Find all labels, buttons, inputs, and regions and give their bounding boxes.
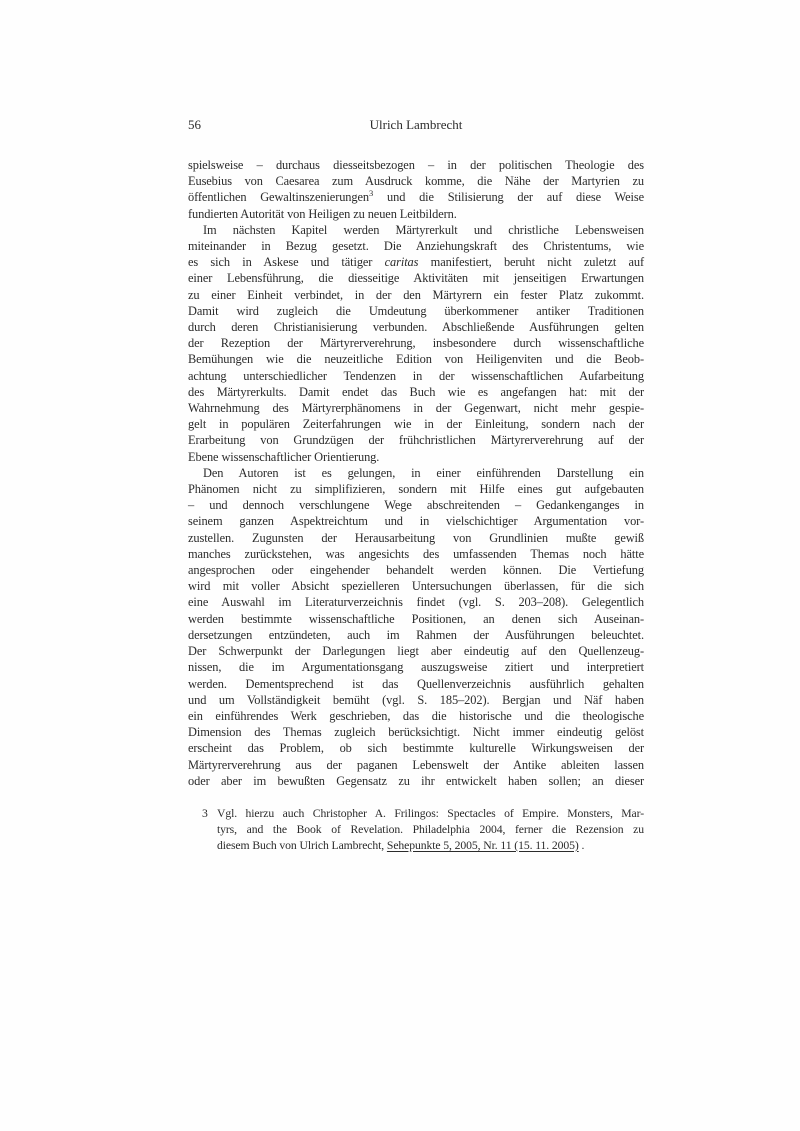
- text-line: tyrs, and the Book of Revelation. Philad…: [217, 822, 644, 838]
- text-segment: manifestiert, beruht nicht zuletzt auf: [418, 255, 644, 269]
- text-line: und um Vollständigkeit bemüht (vgl. S. 1…: [188, 692, 644, 708]
- body-text: spielsweise – durchaus diesseitsbezogen …: [188, 157, 644, 789]
- text-line: seinem ganzen Aspektreichtum und in viel…: [188, 513, 644, 529]
- text-segment: Im nächsten Kapitel werden Märtyrerkult …: [203, 223, 644, 237]
- text-line: Erarbeitung von Grundzügen der frühchris…: [188, 432, 644, 448]
- text-segment: Phänomen nicht zu simplifizieren, sonder…: [188, 482, 644, 496]
- text-segment: seinem ganzen Aspektreichtum und in viel…: [188, 514, 644, 528]
- text-segment: tyrs, and the Book of Revelation. Philad…: [217, 823, 644, 836]
- text-line: erscheint das Problem, ob sich bestimmte…: [188, 740, 644, 756]
- text-segment: wird mit voller Absicht spezielleren Unt…: [188, 579, 644, 593]
- italic-text: caritas: [385, 255, 419, 269]
- text-line: Dimension des Themas zugleich berücksich…: [188, 724, 644, 740]
- text-segment: es sich in Askese und tätiger: [188, 255, 385, 269]
- text-segment: werden. Dementsprechend ist das Quellenv…: [188, 677, 644, 691]
- text-line: Wahrnehmung des Märtyrerphänomens in der…: [188, 400, 644, 416]
- sehepunkte-link[interactable]: Sehepunkte 5, 2005, Nr. 11 (15. 11. 2005…: [387, 839, 579, 852]
- text-line: eine Auswahl im Literaturverzeichnis fin…: [188, 594, 644, 610]
- text-segment: miteinander in Bezug gesetzt. Die Anzieh…: [188, 239, 644, 253]
- text-segment: Märtyrerverehrung aus der paganen Lebens…: [188, 758, 644, 772]
- text-segment: Eusebius von Caesarea zum Ausdruck komme…: [188, 174, 644, 188]
- text-line: einer Lebensführung, die diesseitige Akt…: [188, 270, 644, 286]
- document-page: 56 Ulrich Lambrecht spielsweise – durcha…: [0, 0, 800, 1131]
- text-line: nissen, die im Argumentationsgang auszug…: [188, 659, 644, 675]
- text-line: Vgl. hierzu auch Christopher A. Frilingo…: [217, 806, 644, 822]
- text-line: Ebene wissenschaftlicher Orientierung.: [188, 449, 644, 465]
- text-line: oder aber im bewußten Gegensatz zu ihr e…: [188, 773, 644, 789]
- text-line: Eusebius von Caesarea zum Ausdruck komme…: [188, 173, 644, 189]
- text-line: der Rezeption der Märtyrerverehrung, ins…: [188, 335, 644, 351]
- running-head: Ulrich Lambrecht: [370, 117, 463, 132]
- text-segment: Vgl. hierzu auch Christopher A. Frilingo…: [217, 807, 644, 820]
- footnote: 3 Vgl. hierzu auch Christopher A. Frilin…: [188, 806, 644, 853]
- text-line: ein einführendes Werk geschrieben, das d…: [188, 708, 644, 724]
- text-segment: eine Auswahl im Literaturverzeichnis fin…: [188, 595, 644, 609]
- text-line: es sich in Askese und tätiger caritas ma…: [188, 254, 644, 270]
- text-segment: Dimension des Themas zugleich berücksich…: [188, 725, 644, 739]
- text-line: zustellen. Zugunsten der Herausarbeitung…: [188, 530, 644, 546]
- text-line: diesem Buch von Ulrich Lambrecht, Sehepu…: [217, 838, 644, 854]
- text-segment: nissen, die im Argumentationsgang auszug…: [188, 660, 644, 674]
- text-line: Märtyrerverehrung aus der paganen Lebens…: [188, 757, 644, 773]
- text-segment: achtung unterschiedlicher Tendenzen in d…: [188, 369, 644, 383]
- text-line: werden bestimmte wissenschaftliche Posit…: [188, 611, 644, 627]
- text-line: Bemühungen wie die neuzeitliche Edition …: [188, 351, 644, 367]
- text-segment: .: [579, 839, 585, 852]
- text-segment: Ebene wissenschaftlicher Orientierung.: [188, 450, 379, 464]
- text-segment: werden bestimmte wissenschaftliche Posit…: [188, 612, 644, 626]
- text-line: Im nächsten Kapitel werden Märtyrerkult …: [188, 222, 644, 238]
- text-line: öffentlichen Gewaltinszenierungen3 und d…: [188, 189, 644, 205]
- text-segment: dersetzungen entzündeten, auch im Rahmen…: [188, 628, 644, 642]
- text-segment: Bemühungen wie die neuzeitliche Edition …: [188, 352, 644, 366]
- text-segment: Wahrnehmung des Märtyrerphänomens in der…: [188, 401, 644, 415]
- text-line: spielsweise – durchaus diesseitsbezogen …: [188, 157, 644, 173]
- text-segment: fundierten Autorität von Heiligen zu neu…: [188, 207, 457, 221]
- footnote-number: 3: [202, 806, 217, 822]
- text-line: angesprochen oder eingehender behandelt …: [188, 562, 644, 578]
- text-segment: Erarbeitung von Grundzügen der frühchris…: [188, 433, 644, 447]
- text-line: Der Schwerpunkt der Darlegungen liegt ab…: [188, 643, 644, 659]
- text-segment: einer Lebensführung, die diesseitige Akt…: [188, 271, 644, 285]
- text-line: fundierten Autorität von Heiligen zu neu…: [188, 206, 644, 222]
- text-line: gelt in populären Zeiterfahrungen wie in…: [188, 416, 644, 432]
- text-segment: öffentlichen Gewaltinszenierungen: [188, 190, 369, 204]
- text-segment: der Rezeption der Märtyrerverehrung, ins…: [188, 336, 644, 350]
- text-segment: ein einführendes Werk geschrieben, das d…: [188, 709, 644, 723]
- text-segment: manches zurückstehen, was angesichts des…: [188, 547, 644, 561]
- text-line: – und dennoch verschlungene Wege abschre…: [188, 497, 644, 513]
- text-segment: zu einer Einheit verbindet, in der den M…: [188, 288, 644, 302]
- text-line: Den Autoren ist es gelungen, in einer ei…: [188, 465, 644, 481]
- text-line: achtung unterschiedlicher Tendenzen in d…: [188, 368, 644, 384]
- text-segment: angesprochen oder eingehender behandelt …: [188, 563, 644, 577]
- text-line: manches zurückstehen, was angesichts des…: [188, 546, 644, 562]
- page-number: 56: [188, 117, 201, 132]
- text-segment: zustellen. Zugunsten der Herausarbeitung…: [188, 531, 644, 545]
- text-segment: durch deren Christianisierung verbunden.…: [188, 320, 644, 334]
- page-header: 56 Ulrich Lambrecht: [188, 117, 644, 132]
- text-segment: gelt in populären Zeiterfahrungen wie in…: [188, 417, 644, 431]
- text-segment: – und dennoch verschlungene Wege abschre…: [188, 498, 644, 512]
- footnote-text: Vgl. hierzu auch Christopher A. Frilingo…: [217, 806, 644, 853]
- text-line: Phänomen nicht zu simplifizieren, sonder…: [188, 481, 644, 497]
- text-line: des Märtyrerkults. Damit endet das Buch …: [188, 384, 644, 400]
- text-segment: und um Vollständigkeit bemüht (vgl. S. 1…: [188, 693, 644, 707]
- text-segment: spielsweise – durchaus diesseitsbezogen …: [188, 158, 644, 172]
- text-line: miteinander in Bezug gesetzt. Die Anzieh…: [188, 238, 644, 254]
- text-segment: des Märtyrerkults. Damit endet das Buch …: [188, 385, 644, 399]
- text-line: Damit wird zugleich die Umdeutung überko…: [188, 303, 644, 319]
- text-line: werden. Dementsprechend ist das Quellenv…: [188, 676, 644, 692]
- text-segment: Den Autoren ist es gelungen, in einer ei…: [203, 466, 644, 480]
- text-line: durch deren Christianisierung verbunden.…: [188, 319, 644, 335]
- text-segment: erscheint das Problem, ob sich bestimmte…: [188, 741, 644, 755]
- text-line: dersetzungen entzündeten, auch im Rahmen…: [188, 627, 644, 643]
- text-segment: Damit wird zugleich die Umdeutung überko…: [188, 304, 644, 318]
- text-line: wird mit voller Absicht spezielleren Unt…: [188, 578, 644, 594]
- text-segment: Der Schwerpunkt der Darlegungen liegt ab…: [188, 644, 644, 658]
- text-segment: diesem Buch von Ulrich Lambrecht,: [217, 839, 387, 852]
- text-segment: oder aber im bewußten Gegensatz zu ihr e…: [188, 774, 644, 788]
- text-line: zu einer Einheit verbindet, in der den M…: [188, 287, 644, 303]
- text-segment: und die Stilisierung der auf diese Weise: [373, 190, 644, 204]
